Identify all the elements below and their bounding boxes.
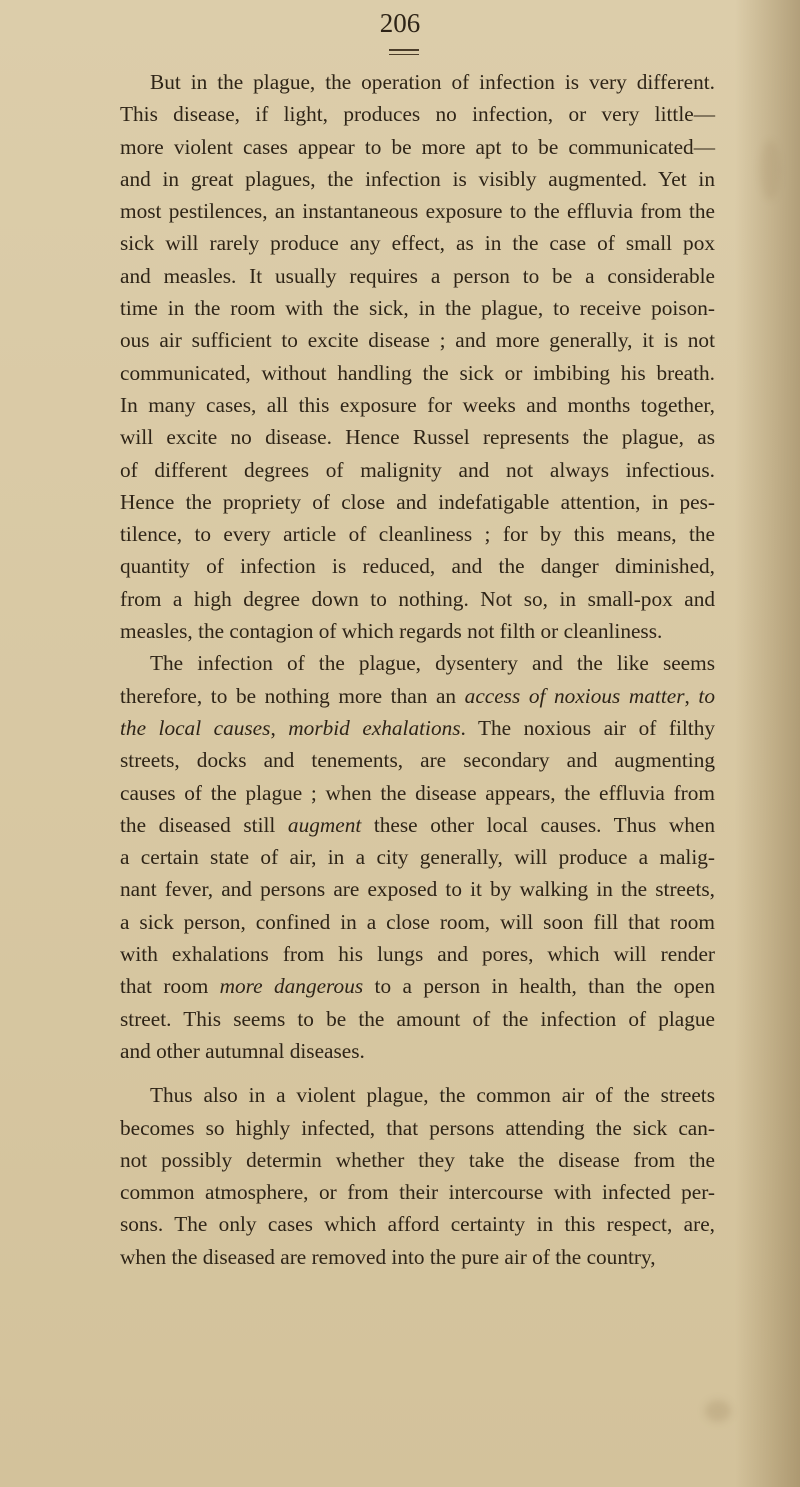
text-line: not possibly determin whether they take … bbox=[120, 1144, 715, 1176]
text-line: communicated, without handling the sick … bbox=[120, 357, 715, 389]
text-line: streets, docks and tenements, are second… bbox=[120, 744, 715, 776]
book-page: 206 But in the plague, the operation of … bbox=[0, 0, 800, 1487]
text-line: In many cases, all this exposure for wee… bbox=[120, 389, 715, 421]
text-line: Hence the propriety of close and indefat… bbox=[120, 486, 715, 518]
text-line: sick will rarely produce any effect, as … bbox=[120, 227, 715, 259]
text-line: ous air sufficient to excite disease ; a… bbox=[120, 324, 715, 356]
text-line: sons. The only cases which afford certai… bbox=[120, 1208, 715, 1240]
text-line: when the diseased are removed into the p… bbox=[120, 1241, 715, 1273]
text-line: that room more dangerous to a person in … bbox=[120, 970, 715, 1002]
text-line: a certain state of air, in a city genera… bbox=[120, 841, 715, 873]
paper-stain bbox=[705, 1400, 731, 1422]
text-line: time in the room with the sick, in the p… bbox=[120, 292, 715, 324]
text-line: quantity of infection is reduced, and th… bbox=[120, 550, 715, 582]
text-line: with exhalations from his lungs and pore… bbox=[120, 938, 715, 970]
paragraph-3: Thus also in a violent plague, the commo… bbox=[120, 1079, 715, 1273]
text-line: measles, the contagion of which regards … bbox=[120, 615, 715, 647]
text-line: from a high degree down to nothing. Not … bbox=[120, 583, 715, 615]
text-line: and measles. It usually requires a perso… bbox=[120, 260, 715, 292]
text-line: and in great plagues, the infection is v… bbox=[120, 163, 715, 195]
header-rule bbox=[389, 49, 419, 55]
page-number: 206 bbox=[0, 8, 800, 39]
paragraph-2: The infection of the plague, dysentery a… bbox=[120, 647, 715, 1067]
text-line: most pestilences, an instantaneous expos… bbox=[120, 195, 715, 227]
text-line: common atmosphere, or from their interco… bbox=[120, 1176, 715, 1208]
text-line: of different degrees of malignity and no… bbox=[120, 454, 715, 486]
text-line: tilence, to every article of cleanliness… bbox=[120, 518, 715, 550]
paragraph-1: But in the plague, the operation of infe… bbox=[120, 66, 715, 647]
text-line: becomes so highly infected, that persons… bbox=[120, 1112, 715, 1144]
text-line: This disease, if light, produces no infe… bbox=[120, 98, 715, 130]
text-line: will excite no disease. Hence Russel rep… bbox=[120, 421, 715, 453]
text-line: the local causes, morbid exhalations. Th… bbox=[120, 712, 715, 744]
text-line: But in the plague, the operation of infe… bbox=[120, 66, 715, 98]
text-line: nant fever, and persons are exposed to i… bbox=[120, 873, 715, 905]
text-line: Thus also in a violent plague, the commo… bbox=[120, 1079, 715, 1111]
text-line: more violent cases appear to be more apt… bbox=[120, 131, 715, 163]
text-line: The infection of the plague, dysentery a… bbox=[120, 647, 715, 679]
text-line: street. This seems to be the amount of t… bbox=[120, 1003, 715, 1035]
text-line: a sick person, confined in a close room,… bbox=[120, 906, 715, 938]
body-text: But in the plague, the operation of infe… bbox=[120, 66, 715, 1273]
paper-stain bbox=[760, 140, 780, 200]
text-line: the diseased still augment these other l… bbox=[120, 809, 715, 841]
text-line: therefore, to be nothing more than an ac… bbox=[120, 680, 715, 712]
text-line: causes of the plague ; when the disease … bbox=[120, 777, 715, 809]
text-line: and other autumnal diseases. bbox=[120, 1035, 715, 1067]
